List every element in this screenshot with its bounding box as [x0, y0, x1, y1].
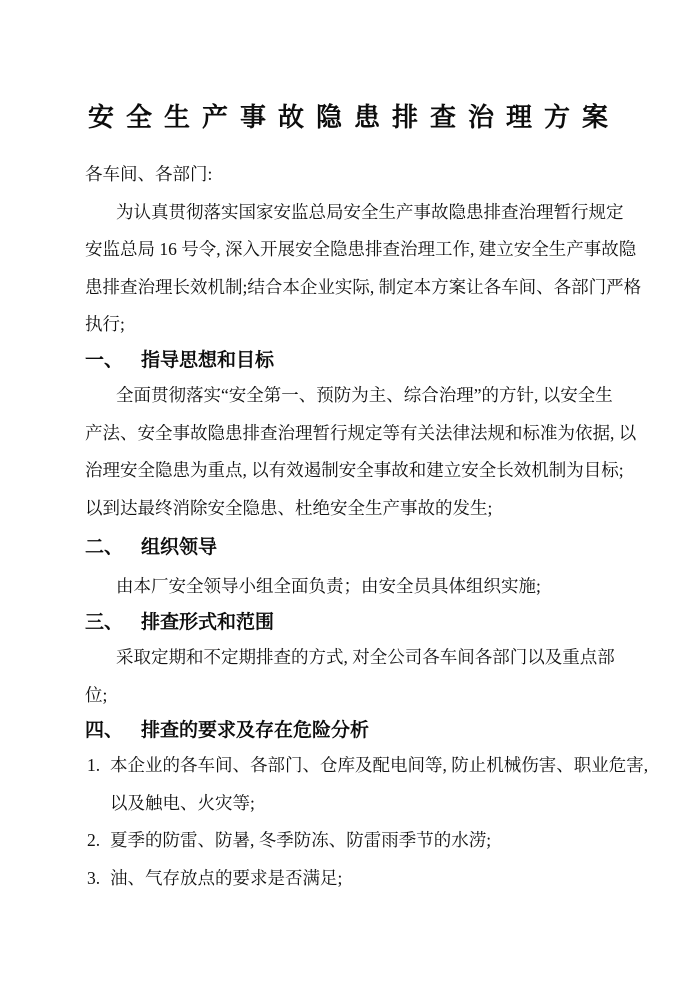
section-heading: 二、组织领导	[85, 531, 614, 564]
section-scope: 三、排查形式和范围 采取定期和不定期排查的方式, 对全公司各车间各部门以及重点部…	[85, 606, 614, 714]
list-item-line: 油、气存放点的要求是否满足;	[110, 860, 614, 898]
paragraph-line: 治理安全隐患为重点, 以有效遏制安全事故和建立安全长效机制为目标;	[85, 452, 614, 490]
list-item-line: 夏季的防雷、防暑, 冬季防冻、防雷雨季节的水涝;	[110, 822, 614, 860]
document-title: 安全生产事故隐患排查治理方案	[88, 100, 614, 136]
paragraph-line: 安监总局 16 号令, 深入开展安全隐患排查治理工作, 建立安全生产事故隐	[85, 231, 614, 269]
section-organization: 二、组织领导 由本厂安全领导小组全面负责；由安全员具体组织实施;	[85, 531, 614, 606]
section-title: 组织领导	[141, 537, 217, 558]
paragraph-line: 为认真贯彻落实国家安监总局安全生产事故隐患排查治理暂行规定	[85, 194, 614, 232]
section-title: 排查形式和范围	[141, 612, 274, 633]
salutation: 各车间、各部门:	[85, 156, 614, 194]
list-item-number: 3.	[87, 860, 100, 898]
paragraph-line: 产法、安全事故隐患排查治理暂行规定等有关法律法规和标准为依据, 以	[85, 415, 614, 453]
section-number: 四、	[85, 714, 141, 747]
section-number: 二、	[85, 531, 141, 564]
document-page: 安全生产事故隐患排查治理方案 各车间、各部门: 为认真贯彻落实国家安监总局安全生…	[0, 0, 700, 990]
numbered-list: 1. 本企业的各车间、各部门、仓库及配电间等, 防止机械伤害、职业危害, 以及触…	[85, 747, 614, 897]
section-title: 排查的要求及存在危险分析	[141, 720, 369, 741]
section-guiding-ideology: 一、指导思想和目标 全面贯彻落实“安全第一、预防为主、综合治理”的方针, 以安全…	[85, 344, 614, 527]
paragraph-line: 采取定期和不定期排查的方式, 对全公司各车间各部门以及重点部	[85, 639, 614, 677]
paragraph-line: 患排查治理长效机制;结合本企业实际, 制定本方案让各车间、各部门严格	[85, 269, 614, 307]
paragraph-line: 全面贯彻落实“安全第一、预防为主、综合治理”的方针, 以安全生	[85, 377, 614, 415]
section-paragraph: 采取定期和不定期排查的方式, 对全公司各车间各部门以及重点部 位;	[85, 639, 614, 714]
list-item: 3. 油、气存放点的要求是否满足;	[85, 860, 614, 898]
section-number: 一、	[85, 344, 141, 377]
list-item-line: 本企业的各车间、各部门、仓库及配电间等, 防止机械伤害、职业危害,	[110, 747, 614, 785]
section-paragraph: 由本厂安全领导小组全面负责；由安全员具体组织实施;	[85, 568, 614, 606]
list-item-number: 1.	[87, 747, 100, 785]
paragraph-line: 以到达最终消除安全隐患、杜绝安全生产事故的发生;	[85, 490, 614, 528]
section-heading: 四、排查的要求及存在危险分析	[85, 714, 614, 747]
list-item: 2. 夏季的防雷、防暑, 冬季防冻、防雷雨季节的水涝;	[85, 822, 614, 860]
list-item-number: 2.	[87, 822, 100, 860]
paragraph-line: 位;	[85, 677, 614, 715]
list-item-line: 以及触电、火灾等;	[110, 785, 614, 823]
intro-paragraph: 为认真贯彻落实国家安监总局安全生产事故隐患排查治理暂行规定 安监总局 16 号令…	[85, 194, 614, 344]
section-heading: 三、排查形式和范围	[85, 606, 614, 639]
section-title: 指导思想和目标	[141, 350, 274, 371]
paragraph-line: 执行;	[85, 306, 614, 344]
section-paragraph: 全面贯彻落实“安全第一、预防为主、综合治理”的方针, 以安全生 产法、安全事故隐…	[85, 377, 614, 527]
section-heading: 一、指导思想和目标	[85, 344, 614, 377]
section-requirements: 四、排查的要求及存在危险分析 1. 本企业的各车间、各部门、仓库及配电间等, 防…	[85, 714, 614, 897]
document-content: 安全生产事故隐患排查治理方案 各车间、各部门: 为认真贯彻落实国家安监总局安全生…	[0, 0, 700, 898]
paragraph-line: 由本厂安全领导小组全面负责；由安全员具体组织实施;	[85, 568, 614, 606]
list-item: 1. 本企业的各车间、各部门、仓库及配电间等, 防止机械伤害、职业危害, 以及触…	[85, 747, 614, 822]
section-number: 三、	[85, 606, 141, 639]
